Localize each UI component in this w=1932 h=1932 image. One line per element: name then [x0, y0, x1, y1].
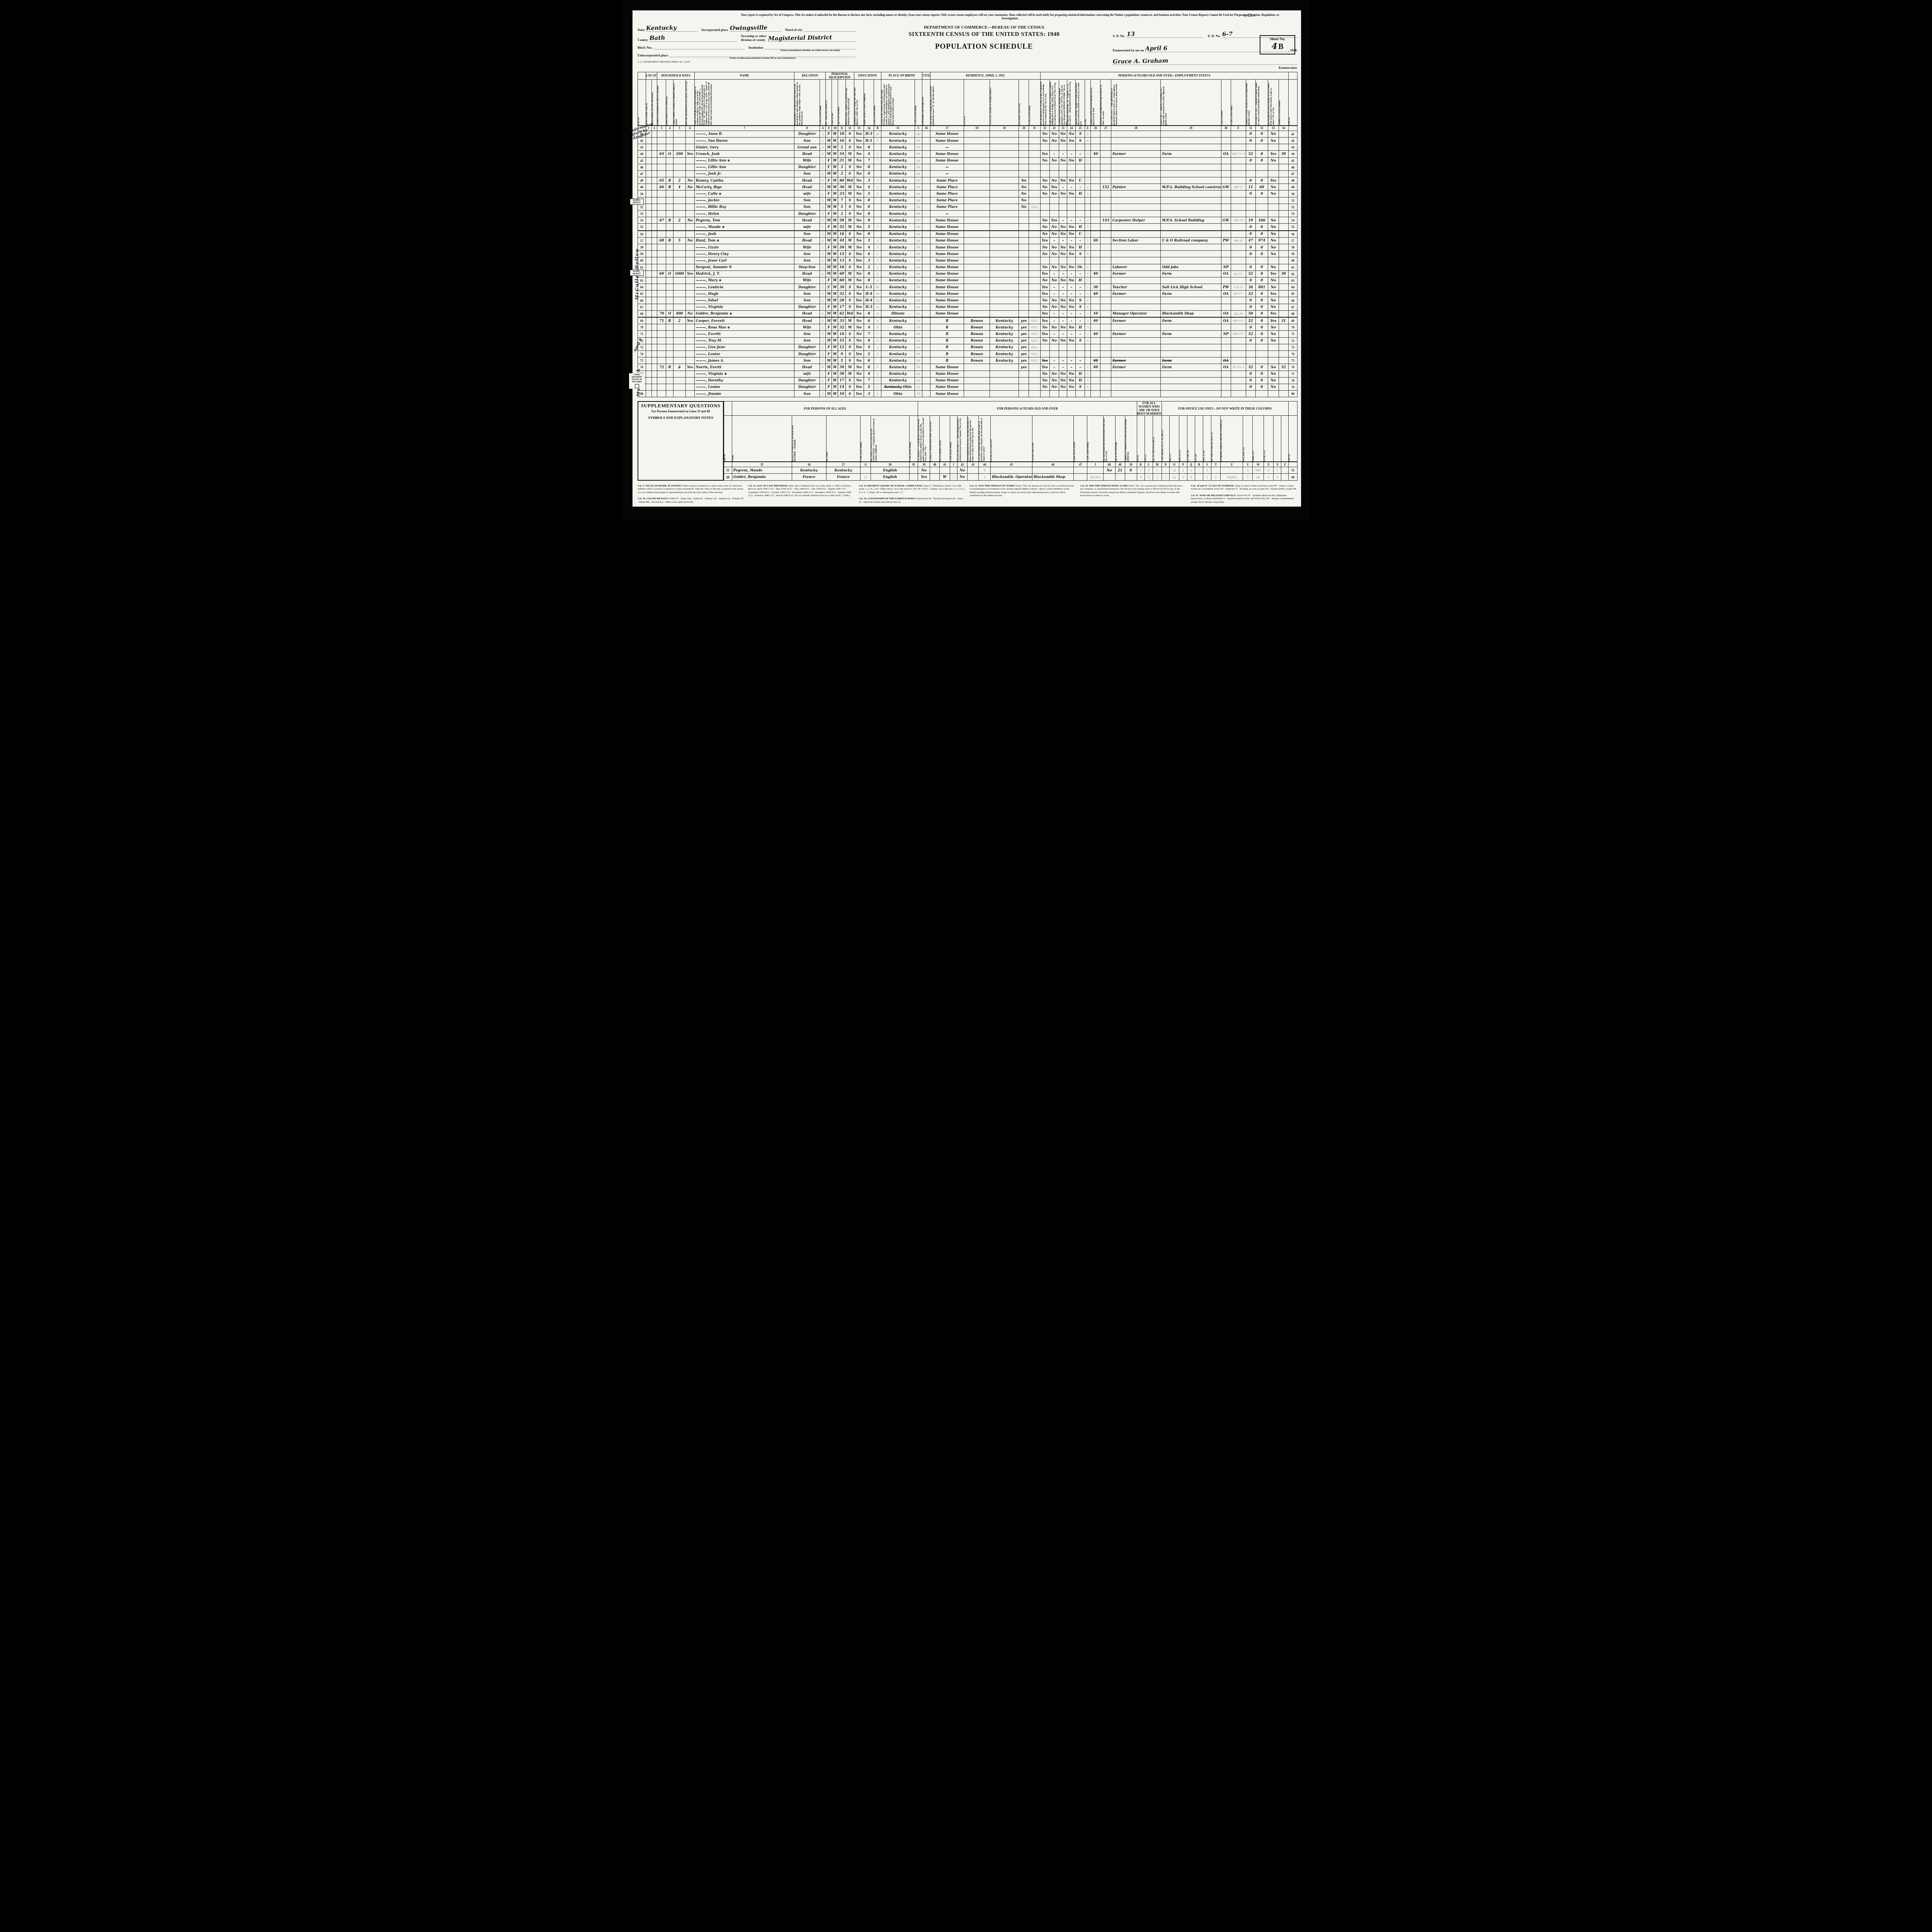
cell: 2 — [820, 131, 826, 137]
cell — [1268, 164, 1279, 170]
cell: 3 — [864, 237, 874, 244]
cell — [1111, 350, 1160, 357]
line-number: 77 — [1288, 371, 1297, 377]
cell: Head — [794, 177, 820, 184]
cell — [1221, 190, 1231, 197]
cell: No — [1019, 197, 1029, 204]
cell: – — [1049, 151, 1059, 157]
line-number: 45 — [1288, 157, 1297, 164]
cell: 1 — [1153, 474, 1162, 480]
cell — [1029, 371, 1040, 377]
cell — [922, 137, 930, 144]
cell: 71 — [657, 317, 666, 324]
line-number: 54 — [1288, 217, 1297, 224]
cell — [646, 310, 651, 317]
cell: 1 — [1162, 474, 1170, 480]
cell: M — [845, 371, 854, 377]
cell — [651, 270, 657, 277]
cell: C & O Railroad company — [1161, 237, 1221, 244]
cell: Son — [794, 291, 820, 297]
cell: S — [1076, 337, 1085, 344]
cell: 80 — [915, 224, 922, 231]
cell — [646, 284, 651, 291]
cell — [1091, 184, 1100, 190]
cell: Yes — [1040, 310, 1049, 317]
column-header: Duration of unemployment up to March 30,… — [1100, 79, 1111, 126]
column-group-header: LOCATION — [646, 72, 657, 79]
cell: No — [1040, 190, 1049, 197]
line-number: 74 — [1288, 350, 1297, 357]
cell — [964, 270, 990, 277]
cell — [673, 324, 685, 331]
cell: No — [1268, 377, 1279, 384]
cell: M — [845, 364, 854, 371]
cell: Same House — [930, 284, 964, 291]
cell — [651, 157, 657, 164]
column-header: Attended school or college any time sinc… — [854, 79, 864, 126]
cell: 0 — [1255, 151, 1268, 157]
cell: W.P.A. Building School construction — [1161, 184, 1221, 190]
cell — [685, 251, 694, 257]
cell: No — [1040, 277, 1049, 284]
column-number: 18 — [964, 126, 990, 131]
cell: F — [826, 277, 832, 284]
cell — [1221, 231, 1231, 238]
column-header: CODE — [1085, 79, 1091, 126]
cell: No — [1268, 137, 1279, 144]
cell: yes — [1019, 317, 1029, 324]
cell: 0 — [1145, 474, 1153, 480]
cell — [1019, 371, 1029, 377]
cell: No — [1049, 277, 1059, 284]
cell — [646, 337, 651, 344]
cell: ———, Mary ⊗ — [694, 277, 794, 284]
cell: M — [826, 151, 832, 157]
cell: 5 — [1085, 324, 1091, 331]
cell: 2 — [1179, 467, 1187, 474]
column-header: Name of each person whose usual place of… — [694, 79, 794, 126]
cell: Golder, Benjamin ⊗ — [694, 310, 794, 317]
note-col21: Col. 21. WAS THIS PERSON AT WORK? Enter … — [969, 485, 1076, 504]
cell: 20 — [874, 304, 881, 310]
cell: ———, Van Buren — [694, 137, 794, 144]
cell: Rowan — [964, 331, 990, 337]
column-number: 38 — [871, 462, 909, 467]
cell: W — [832, 224, 838, 231]
cell: S — [845, 391, 854, 397]
cell: 0 — [1246, 371, 1255, 377]
column-number: L — [1145, 462, 1153, 467]
cell — [657, 144, 666, 151]
cell: W — [832, 270, 838, 277]
cell — [1091, 137, 1100, 144]
cell: 0 — [1255, 364, 1268, 371]
cell: W — [832, 277, 838, 284]
column-number: 14 — [864, 126, 874, 131]
cell — [1100, 144, 1111, 151]
cell: 50 — [838, 244, 846, 250]
township-value: Magisterial District — [768, 34, 832, 42]
line-number: 48 — [1288, 177, 1297, 184]
cell: 80 — [915, 237, 922, 244]
cell — [990, 270, 1019, 277]
column-header: Line No. — [724, 416, 732, 462]
cell: NP — [1221, 264, 1231, 270]
cell: 54 — [838, 151, 846, 157]
cell: 0 — [864, 204, 874, 210]
cell — [1076, 211, 1085, 217]
note-col24: Col. 24. DID THIS PERSON HAVE A JOB? Ent… — [1080, 485, 1187, 504]
cell: Farm — [1161, 364, 1221, 371]
column-group-header: RESIDENCE, APRIL 1, 1935 — [930, 72, 1040, 79]
cell: 6 — [1085, 384, 1091, 390]
cell: S — [845, 204, 854, 210]
note-col41-title: Col. 41. WAR OR MILITARY SERVICE: — [1191, 494, 1236, 497]
cell — [1019, 144, 1029, 151]
cell: No — [1040, 377, 1049, 384]
cell — [1268, 204, 1279, 210]
cell: – — [1059, 364, 1067, 371]
note-col11-title: Col. 11. AGE AT LAST BIRTHDAY: — [748, 485, 788, 487]
column-number: 22 — [1049, 126, 1059, 131]
cell — [1279, 350, 1288, 357]
cell: S — [845, 384, 854, 390]
cell — [1100, 157, 1111, 164]
column-header: Class of worker — [1221, 79, 1231, 126]
column-number: 48 — [1103, 462, 1115, 467]
cell — [666, 211, 673, 217]
cell: 4 — [864, 184, 874, 190]
column-number: P — [1179, 462, 1187, 467]
cell — [1161, 137, 1221, 144]
cell: R — [666, 184, 673, 190]
cell — [1029, 304, 1040, 310]
cell — [1161, 337, 1221, 344]
cell: 10 — [1091, 310, 1100, 317]
cell: No — [1067, 231, 1076, 238]
cell — [1111, 231, 1160, 238]
column-header: Gr. com. (B) — [1187, 416, 1195, 462]
cell: Same House — [930, 377, 964, 384]
cell — [685, 170, 694, 177]
cell: 9 — [838, 350, 846, 357]
cell: 0 — [864, 197, 874, 204]
cell: 50 — [1246, 310, 1255, 317]
cell: R — [930, 337, 964, 344]
cell: 52 — [1246, 317, 1255, 324]
cell: 52 — [1246, 364, 1255, 371]
cell: No — [1059, 244, 1067, 250]
cell: 20 — [874, 131, 881, 137]
cell: Rowan — [964, 344, 990, 350]
ed-value: 6-7 — [1222, 31, 1233, 37]
cell — [990, 197, 1019, 204]
cell: 1 — [1085, 331, 1091, 337]
cell — [646, 204, 651, 210]
cell — [964, 304, 990, 310]
note-col3047-title: Cols. 30 and 47. CLASS OF WORKER: — [1191, 485, 1234, 487]
cell: 0 — [979, 467, 991, 474]
column-header: CODE (Leave blank) — [1231, 79, 1246, 126]
cell: Yes — [685, 364, 694, 371]
column-number: M — [1153, 462, 1162, 467]
cell: R — [666, 217, 673, 224]
cell: 0 — [1255, 137, 1268, 144]
cell — [922, 324, 930, 331]
column-header: Color and nat. (10, 15, 36, and 37) — [1162, 416, 1170, 462]
cell — [964, 244, 990, 250]
cell: Kentucky — [881, 197, 915, 204]
cell — [685, 164, 694, 170]
cell — [1085, 164, 1091, 170]
cell — [666, 244, 673, 250]
cell — [666, 284, 673, 291]
cell: Same House — [930, 264, 964, 270]
cell: No — [1049, 297, 1059, 304]
cell: Kentucky — [881, 371, 915, 377]
cell: Same Place — [930, 190, 964, 197]
enumerated-label: Enumerated by me on — [1113, 48, 1144, 52]
cell — [1221, 371, 1231, 377]
cell: No — [1059, 371, 1067, 377]
line-number: 46 — [638, 164, 646, 170]
cell: No — [1067, 177, 1076, 184]
cell — [646, 217, 651, 224]
cell: 000 VV 4 — [1231, 151, 1246, 157]
cell — [673, 257, 685, 264]
cell: No — [1059, 251, 1067, 257]
cell — [922, 184, 930, 190]
cell: 0 — [1255, 371, 1268, 377]
cell — [1019, 264, 1029, 270]
cell — [673, 211, 685, 217]
cell: Kentucky — [881, 144, 915, 151]
cell: 1 — [1203, 474, 1211, 480]
column-number: 8 — [794, 126, 820, 131]
cell — [1085, 357, 1091, 364]
cell: 2 — [820, 211, 826, 217]
cell: 5 — [673, 237, 685, 244]
cell: Same Place — [930, 204, 964, 210]
cell — [1049, 391, 1059, 397]
cell: No — [1268, 284, 1279, 291]
cell — [930, 474, 940, 480]
cell: – — [1067, 237, 1076, 244]
cell — [651, 190, 657, 197]
cell: – — [1076, 364, 1085, 371]
cell — [1029, 211, 1040, 217]
cell: S — [845, 251, 854, 257]
cell — [1029, 164, 1040, 170]
cell: yes — [1019, 324, 1029, 331]
cell — [1161, 297, 1221, 304]
column-header: CODE (Leave blank) — [861, 416, 871, 462]
cell: 38 — [838, 371, 846, 377]
cell: GW — [1221, 217, 1231, 224]
line-number: 42 — [1288, 137, 1297, 144]
cell — [990, 310, 1019, 317]
cell: No — [1049, 324, 1059, 331]
cell: W — [832, 251, 838, 257]
cell — [1040, 211, 1049, 217]
cell: No — [685, 310, 694, 317]
cell: Kentucky — [881, 164, 915, 170]
cell — [990, 164, 1019, 170]
cell — [1221, 324, 1231, 331]
cell: S — [845, 304, 854, 310]
cell: No — [854, 364, 864, 371]
cell — [922, 291, 930, 297]
cell — [1279, 391, 1288, 397]
column-number — [1288, 126, 1297, 131]
cell — [964, 197, 990, 204]
cell: M — [826, 364, 832, 371]
cell: 5 — [864, 384, 874, 390]
column-number: 10 — [832, 126, 838, 131]
column-header: Did this person receive income of $50 or… — [1268, 79, 1279, 126]
header-left-fields: StateKentucky Incorporated placeOwingsvi… — [638, 22, 855, 70]
cell: 0 — [864, 164, 874, 170]
cell — [651, 371, 657, 377]
cell — [1085, 211, 1091, 217]
cell: ———, Anna B. — [694, 131, 794, 137]
cell — [1029, 391, 1040, 397]
cell: ———, Liza Jane — [694, 344, 794, 350]
cell: Farmer — [1111, 270, 1160, 277]
cell: S — [845, 344, 854, 350]
cell — [922, 357, 930, 364]
cell: 3 — [874, 257, 881, 264]
cell: – — [1067, 291, 1076, 297]
cell: No — [1059, 131, 1067, 137]
cell — [673, 377, 685, 384]
cell: Kentucky — [881, 377, 915, 384]
column-header: Cit. (16) — [1195, 416, 1203, 462]
cell: No — [1067, 277, 1076, 284]
cell: W — [832, 177, 838, 184]
cell — [1279, 164, 1288, 170]
cell: 1 — [1085, 317, 1091, 324]
cell: 20 — [838, 297, 846, 304]
cell: No — [1059, 157, 1067, 164]
cell: 3 — [874, 237, 881, 244]
cell: F — [826, 211, 832, 217]
check-household-note: Check, household record, on next page — [629, 373, 645, 389]
column-number: 20 — [1019, 126, 1029, 131]
cell — [1019, 157, 1029, 164]
cell — [964, 151, 990, 157]
cell: 6 — [864, 337, 874, 344]
cell: 0 — [820, 177, 826, 184]
column-number: W — [1253, 462, 1264, 467]
cell: 52 — [1246, 291, 1255, 297]
cell: F — [826, 164, 832, 170]
cell: ———, Jimmie — [694, 391, 794, 397]
cell — [990, 204, 1019, 210]
cell: No — [1067, 304, 1076, 310]
cell — [1246, 204, 1255, 210]
cell: H-1 — [864, 137, 874, 144]
cell — [1111, 144, 1160, 151]
cell: 80 — [915, 217, 922, 224]
cell: 80 — [915, 337, 922, 344]
line-number: 59 — [1288, 251, 1297, 257]
cell: Sergent, Sammie N — [694, 264, 794, 270]
cell: Kentucky — [881, 264, 915, 270]
cell — [1049, 350, 1059, 357]
cell: ———, Jesse Carl — [694, 257, 794, 264]
cell: No — [854, 371, 864, 377]
cell — [657, 264, 666, 270]
cell: ———, Jackie — [694, 197, 794, 204]
cell — [1161, 244, 1221, 250]
line-number: 69 — [638, 317, 646, 324]
cell — [1231, 144, 1246, 151]
column-number: J — [1087, 462, 1103, 467]
column-number: 50 — [1125, 462, 1137, 467]
cell: 52 — [1246, 151, 1255, 157]
cell: Ohio — [881, 324, 915, 331]
cell: Kentucky — [881, 304, 915, 310]
column-header: Sex—Male (M), Female (F) — [826, 79, 832, 126]
column-number: I — [950, 462, 957, 467]
cell: S — [845, 284, 854, 291]
enumerator-label: Enumerator. — [1113, 66, 1298, 70]
cell: 16 — [838, 264, 846, 270]
cell: Yes — [854, 391, 864, 397]
cell: Head — [794, 151, 820, 157]
cell — [874, 144, 881, 151]
cell — [1111, 170, 1160, 177]
cell — [1019, 384, 1029, 390]
cell: No — [854, 211, 864, 217]
uninc-label: Unincorporated place — [638, 53, 668, 57]
cell: Same House — [930, 371, 964, 377]
cell — [1111, 244, 1160, 250]
cell — [990, 384, 1019, 390]
cell: 80 — [915, 291, 922, 297]
cell — [1161, 211, 1221, 217]
cell: Same House — [930, 244, 964, 250]
cell: 72 — [657, 364, 666, 371]
cell: Carpenter Helper — [1111, 217, 1160, 224]
cell — [646, 177, 651, 184]
cell: Yes — [685, 270, 694, 277]
cell — [922, 350, 930, 357]
cell — [1111, 224, 1160, 231]
cell: No — [1268, 190, 1279, 197]
cell: No — [957, 474, 968, 480]
cell — [1029, 144, 1040, 151]
cell: No — [1067, 337, 1076, 344]
cell — [930, 467, 940, 474]
cell — [964, 364, 990, 371]
column-number: T — [1211, 462, 1221, 467]
cell: Kentucky — [881, 190, 915, 197]
cell — [657, 344, 666, 350]
cell — [666, 357, 673, 364]
cell: F — [826, 190, 832, 197]
cell — [1111, 204, 1160, 210]
cell — [1268, 350, 1279, 357]
cell — [673, 277, 685, 284]
cell — [1231, 251, 1246, 257]
cell — [673, 384, 685, 390]
cell — [1246, 391, 1255, 397]
cell — [646, 224, 651, 231]
column-number: 37 — [826, 462, 861, 467]
cell: W — [832, 344, 838, 350]
